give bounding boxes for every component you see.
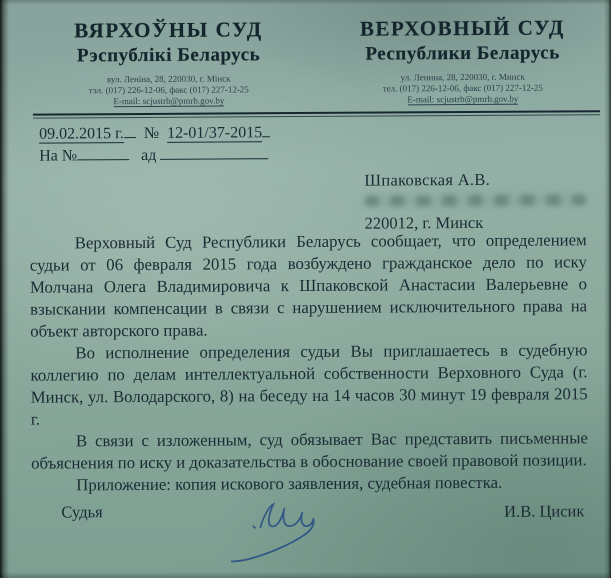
addressee-block: Шпаковская А.В. 220012, г. Минск xyxy=(364,169,586,233)
reference-block: 09.02.2015 г. № 12-01/37-2015 На № ад xyxy=(39,122,270,166)
court-address-ru: ул. Ленина, 28, 220030, г. Минск тел. (0… xyxy=(325,71,601,106)
court-subtitle-by: Рэспублікі Беларусь xyxy=(30,42,306,69)
letter-number: 12-01/37-2015 xyxy=(167,124,262,143)
letterhead-divider-rule xyxy=(33,110,600,118)
court-name-by: ВЯРХОЎНЫ СУД xyxy=(30,16,306,44)
body-paragraph-3: В связи с изложенным, суд обязывает Вас … xyxy=(31,427,588,474)
court-letter-photo: ВЯРХОЎНЫ СУД Рэспублікі Беларусь вул. Ле… xyxy=(0,0,611,578)
attachment-line: Приложение: копия искового заявления, су… xyxy=(31,471,588,496)
reply-label: На № xyxy=(39,147,77,164)
court-subtitle-ru: Республики Беларусь xyxy=(324,40,600,67)
letter-body: Верховный Суд Республики Беларусь сообща… xyxy=(30,229,589,496)
letterhead-russian: ВЕРХОВНЫЙ СУД Республики Беларусь ул. Ле… xyxy=(324,14,601,106)
reference-row-reply: На № ад xyxy=(39,144,270,166)
body-paragraph-2: Во исполнение определения судьи Вы пригл… xyxy=(30,339,588,430)
email-line-ru: E-mail: scjustrb@pmrb.gov.by xyxy=(407,94,518,106)
reference-row-date: 09.02.2015 г. № 12-01/37-2015 xyxy=(39,122,270,144)
signer-role: Судья xyxy=(61,502,102,522)
reply-number-blank xyxy=(77,145,129,160)
body-paragraph-1: Верховный Суд Республики Беларусь сообща… xyxy=(30,229,588,342)
court-name-ru: ВЕРХОВНЫЙ СУД xyxy=(324,14,600,42)
handwritten-signature-icon xyxy=(223,497,323,566)
letterhead-belarusian: ВЯРХОЎНЫ СУД Рэспублікі Беларусь вул. Ле… xyxy=(30,16,307,108)
court-address-by: вул. Леніна, 28, 220030, г. Мінск тэл. (… xyxy=(31,73,307,108)
number-sign: № xyxy=(144,125,159,142)
email-line-by: E-mail: scjustrb@pmrb.gov.by xyxy=(113,95,224,107)
reply-preposition: ад xyxy=(141,147,156,164)
addressee-name: Шпаковская А.В. xyxy=(364,169,586,190)
addressee-address-redacted xyxy=(364,194,586,206)
letter-date: 09.02.2015 г. xyxy=(39,125,124,144)
signer-name: И.В. Цисик xyxy=(504,501,584,521)
reply-date-blank xyxy=(160,144,268,160)
